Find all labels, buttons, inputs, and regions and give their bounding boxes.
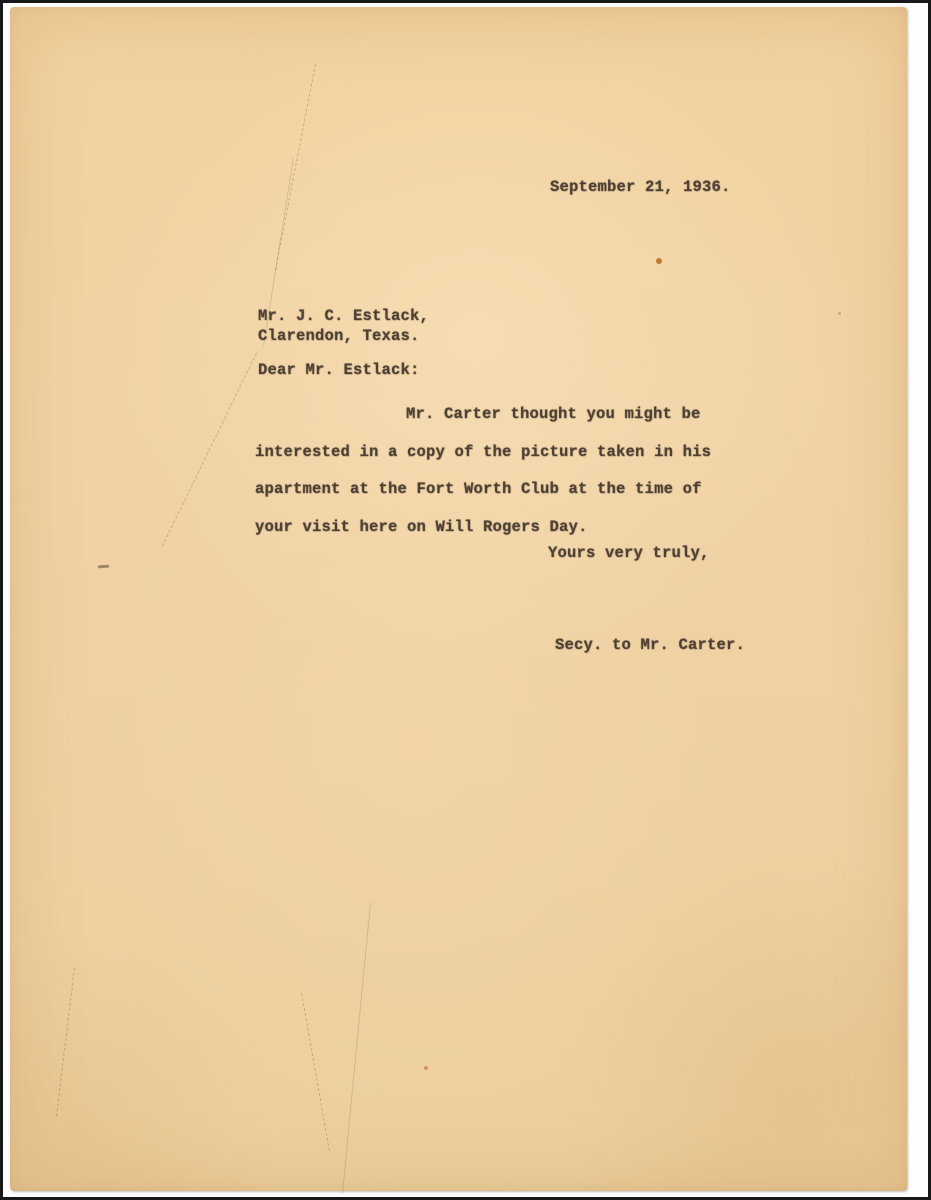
crease-line [56, 967, 75, 1116]
recipient-name: Mr. J. C. Estlack, [258, 306, 429, 326]
letter-paper: September 21, 1936. Mr. J. C. Estlack, C… [10, 7, 907, 1191]
crease-line [342, 903, 371, 1194]
body-line: your visit here on Will Rogers Day. [255, 509, 588, 547]
closing-line: Yours very truly, [548, 544, 710, 562]
recipient-city: Clarendon, Texas. [258, 326, 420, 346]
scan-frame: September 21, 1936. Mr. J. C. Estlack, C… [0, 0, 931, 1200]
paper-speck [838, 312, 841, 315]
crease-line [275, 64, 316, 270]
body-line: interested in a copy of the picture take… [255, 434, 711, 472]
date-line: September 21, 1936. [550, 178, 731, 196]
pencil-mark [98, 565, 109, 569]
salutation: Dear Mr. Estlack: [258, 361, 420, 379]
body-line: apartment at the Fort Worth Club at the … [255, 471, 702, 509]
crease-line [162, 353, 257, 547]
crease-line [301, 993, 330, 1151]
rust-speck [424, 1066, 428, 1070]
body-line: Mr. Carter thought you might be [406, 396, 701, 434]
signature-line: Secy. to Mr. Carter. [555, 636, 745, 654]
rust-speck [656, 258, 662, 264]
